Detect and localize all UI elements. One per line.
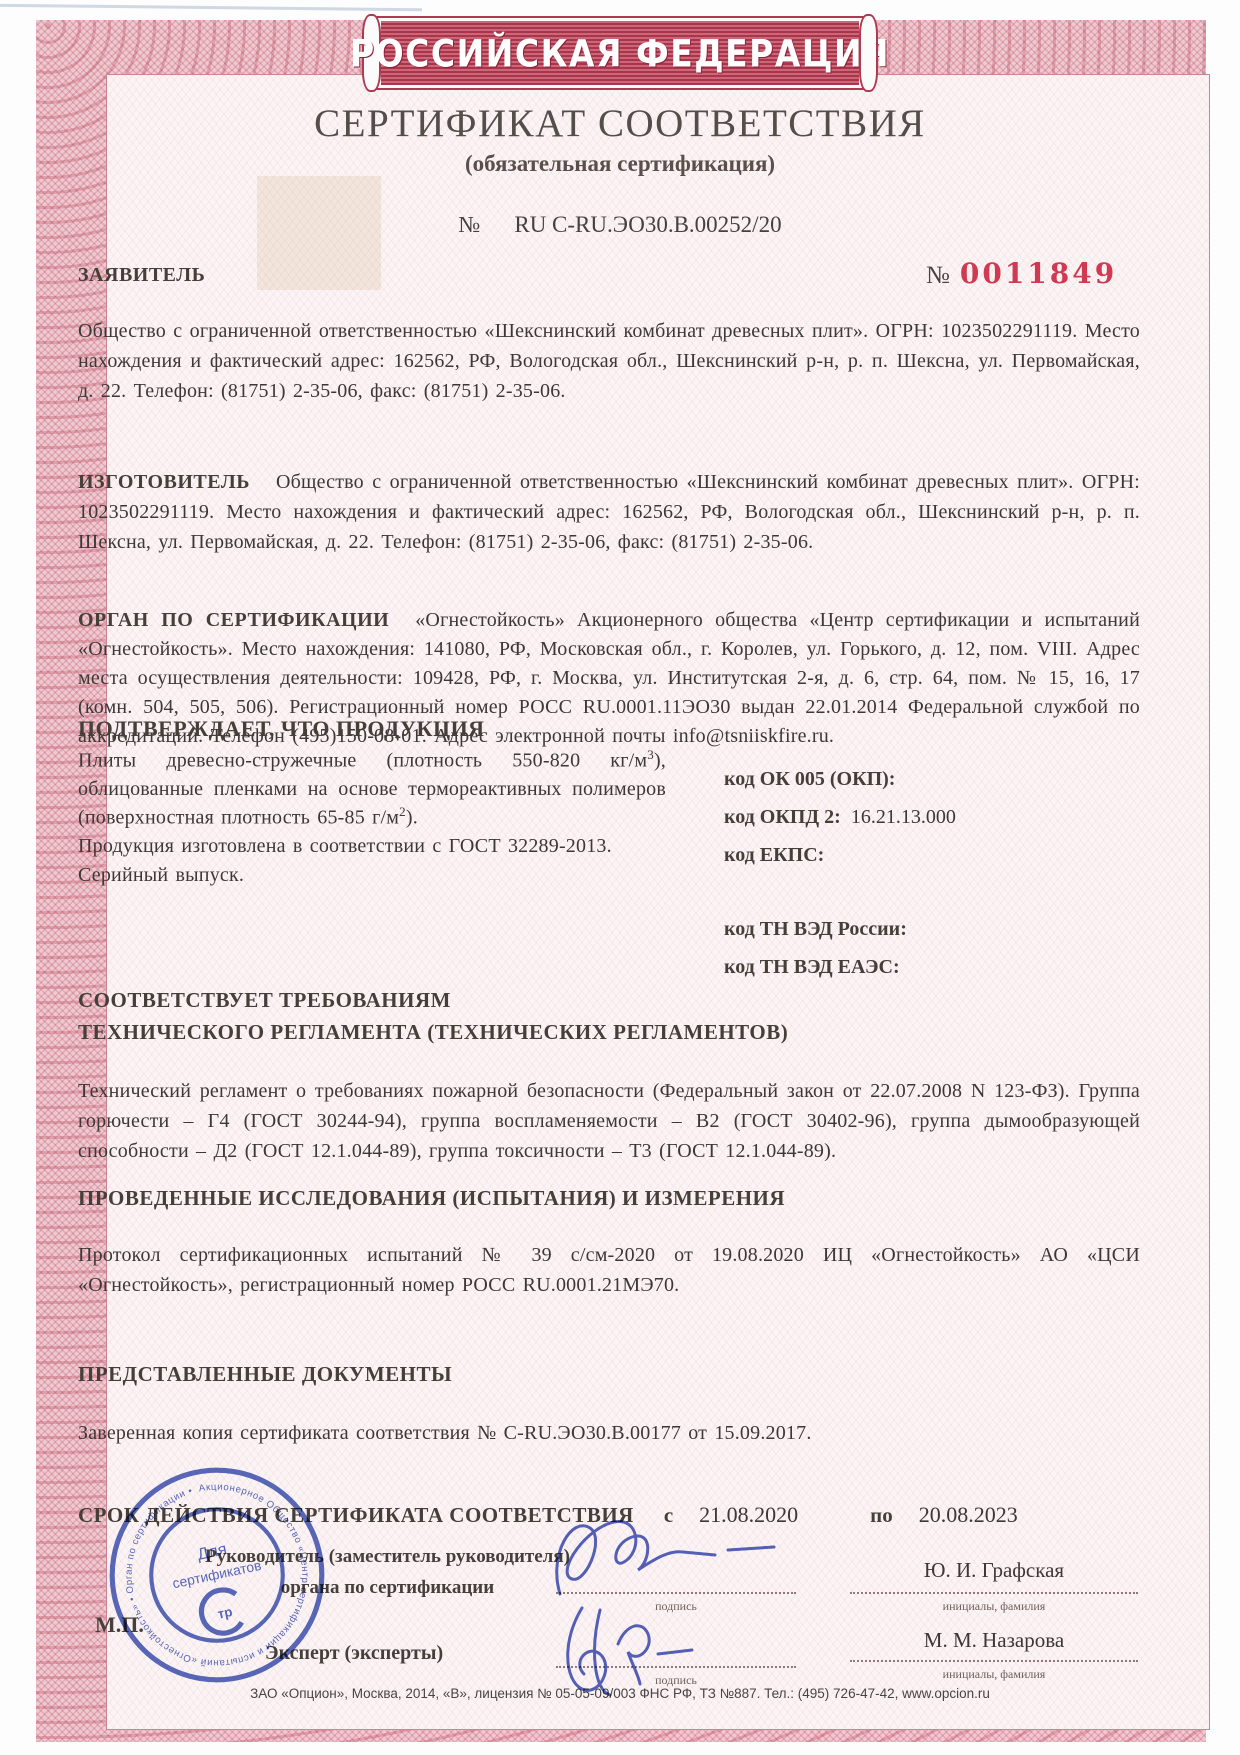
product-serial-line: Серийный выпуск. <box>78 861 666 889</box>
scan-artifact-line <box>0 4 422 12</box>
head-name-line <box>850 1592 1138 1594</box>
compliance-heading-line2: ТЕХНИЧЕСКОГО РЕГЛАМЕНТА (ТЕХНИЧЕСКИХ РЕГ… <box>78 1020 788 1045</box>
blank-serial-digits: 0011849 <box>960 257 1117 290</box>
product-gost-line: Продукция изготовлена в соответствии с Г… <box>78 832 666 860</box>
country-banner-label: РОССИЙСКАЯ ФЕДЕРАЦИЯ <box>350 31 890 75</box>
handwritten-signatures <box>520 1492 810 1707</box>
superscript-cubed: 3 <box>647 747 654 762</box>
tests-heading: ПРОВЕДЕННЫЕ ИССЛЕДОВАНИЯ (ИСПЫТАНИЯ) И И… <box>78 1186 785 1211</box>
stamp-logo-text: тр <box>216 1604 233 1622</box>
compliance-text: Технический регламент о требованиях пожа… <box>78 1076 1140 1166</box>
certification-body-heading: ОРГАН ПО СЕРТИФИКАЦИИ <box>78 609 389 631</box>
expert-initials-caption: инициалы, фамилия <box>850 1667 1138 1682</box>
codes-spacer <box>724 882 956 918</box>
expert-name-line <box>850 1660 1138 1662</box>
country-banner: РОССИЙСКАЯ ФЕДЕРАЦИЯ <box>378 18 862 88</box>
page-subtitle: (обязательная сертификация) <box>0 151 1240 177</box>
applicant-text: Общество с ограниченной ответственностью… <box>78 316 1140 406</box>
manufacturer-heading: ИЗГОТОВИТЕЛЬ <box>78 471 250 493</box>
applicant-heading: ЗАЯВИТЕЛЬ <box>78 264 205 287</box>
product-description-main: Плиты древесно-стружечные (плотность 550… <box>78 746 666 832</box>
expert-name: М. М. Назарова <box>850 1628 1138 1653</box>
product-description: Плиты древесно-стружечные (плотность 550… <box>78 746 666 889</box>
validity-to-label: по <box>870 1503 893 1527</box>
product-heading: ПОДТВЕРЖДАЕТ, ЧТО ПРОДУКЦИЯ <box>78 716 485 742</box>
blank-serial-sign: № <box>926 262 950 289</box>
certificate-number-sign: № <box>458 212 480 237</box>
compliance-heading-line1: СООТВЕТСТВУЕТ ТРЕБОВАНИЯМ <box>78 988 451 1013</box>
stamp-center-line1: Для <box>196 1540 229 1564</box>
code-okpd2: код ОКПД 2:16.21.13.000 <box>724 806 956 829</box>
code-tnved-russia: код ТН ВЭД России: <box>724 918 956 941</box>
expert-signature-ink <box>568 1608 692 1695</box>
blank-serial-number: №0011849 <box>926 257 1117 290</box>
certificate-number-value: RU C-RU.ЭО30.В.00252/20 <box>514 212 781 237</box>
head-signature-ink <box>557 1522 774 1594</box>
certificate-number-line: №RU C-RU.ЭО30.В.00252/20 <box>0 212 1240 238</box>
codes-block: код ОК 005 (ОКП): код ОКПД 2:16.21.13.00… <box>724 768 956 994</box>
stamp-center-line2: сертификатов <box>171 1557 263 1591</box>
code-tnved-eaes: код ТН ВЭД ЕАЭС: <box>724 956 956 979</box>
manufacturer-paragraph: ИЗГОТОВИТЕЛЬОбщество с ограниченной отве… <box>78 467 1140 557</box>
head-initials-caption: инициалы, фамилия <box>850 1599 1138 1614</box>
page-title: СЕРТИФИКАТ СООТВЕТСТВИЯ <box>0 101 1240 146</box>
stamp-str-logo: тр <box>197 1587 243 1637</box>
code-okp: код ОК 005 (ОКП): <box>724 768 956 791</box>
documents-heading: ПРЕДСТАВЛЕННЫЕ ДОКУМЕНТЫ <box>78 1362 452 1387</box>
superscript-squared: 2 <box>399 804 406 819</box>
certification-round-stamp: Акционерное Общество «Центр сертификации… <box>104 1462 330 1688</box>
head-name: Ю. И. Графская <box>850 1558 1138 1583</box>
documents-text: Заверенная копия сертификата соответстви… <box>78 1418 1140 1448</box>
code-ekps: код ЕКПС: <box>724 844 956 867</box>
tests-text: Протокол сертификационных испытаний № 39… <box>78 1240 1140 1300</box>
validity-to-date: 20.08.2023 <box>919 1502 1018 1527</box>
